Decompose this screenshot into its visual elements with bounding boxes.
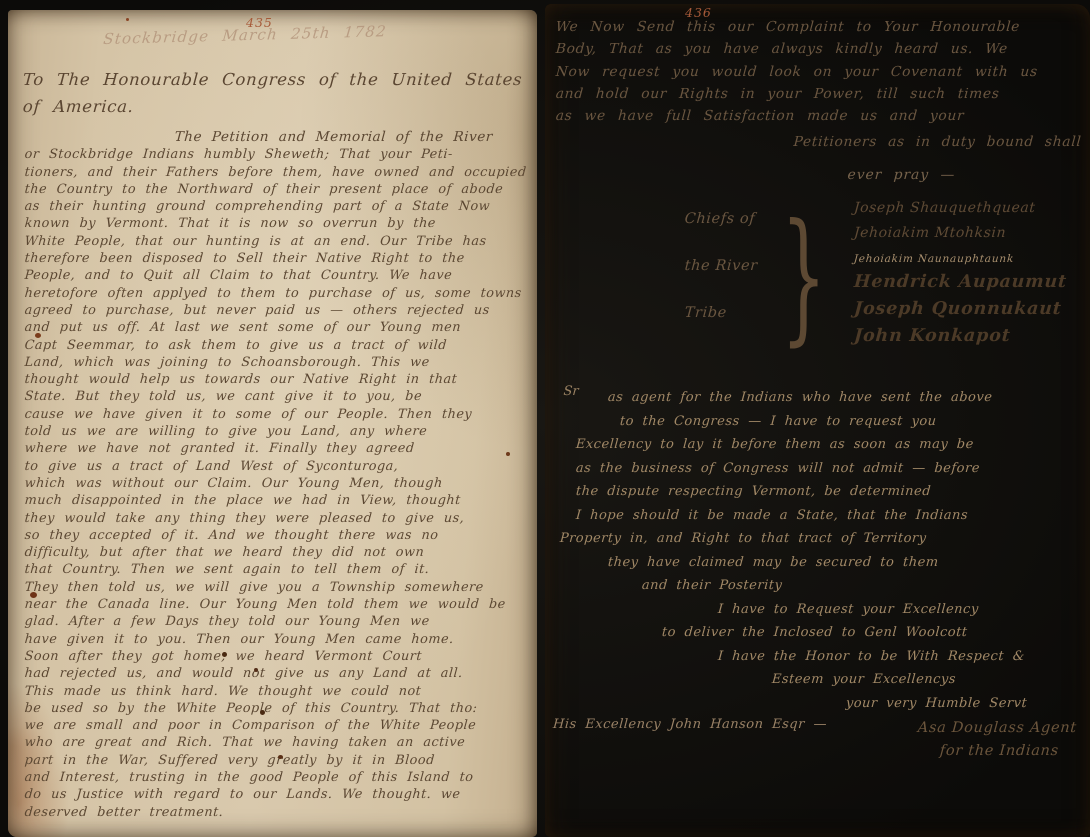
signature-name: Jehoiakim Mtohksin <box>853 221 1068 246</box>
postscript-footer: His Excellency John Hanson Esqr — Asa Do… <box>553 717 1076 763</box>
ink-spot <box>278 755 283 759</box>
signature-name: Jehoiakim Naunauphtaunk <box>853 250 1067 269</box>
address-line: of America. <box>22 93 539 120</box>
manuscript-line: Now request you would look on your Coven… <box>555 61 1090 83</box>
agent-signature-line: Asa Douglass Agent <box>917 717 1078 740</box>
postscript-line: Property in, and Right to that tract of … <box>559 527 1090 551</box>
ink-spot <box>30 592 37 598</box>
manuscript-line: have given it to you. Then our Young Men… <box>24 631 538 648</box>
manuscript-line: who are great and Rich. That we having t… <box>24 734 538 751</box>
petition-body: The Petition and Memorial of the River o… <box>24 129 537 821</box>
manuscript-line: difficulty, but after that we heard they… <box>24 544 538 561</box>
manuscript-line: as their hunting ground comprehending pa… <box>24 198 538 215</box>
manuscript-line: to give us a tract of Land West of Sycon… <box>24 458 538 475</box>
postscript-line: to the Congress — I have to request you <box>619 410 1090 434</box>
ink-spot <box>35 333 41 338</box>
manuscript-line: they would take any thing they were plea… <box>24 510 538 527</box>
postscript-line: and their Posterity <box>641 574 1090 598</box>
manuscript-line: cause we have given it to some of our Pe… <box>24 406 538 423</box>
manuscript-line: and Interest, trusting in the good Peopl… <box>24 769 538 786</box>
tribe-label-line: the River <box>683 243 759 290</box>
addressee-line: His Excellency John Hanson Esqr — <box>552 717 827 732</box>
signatures: Joseph ShauquethqueatJehoiakim MtohksinJ… <box>853 196 1066 352</box>
manuscript-line: or Stockbridge Indians humbly Sheweth; T… <box>24 146 538 163</box>
signature-name: John Konkapot <box>853 323 1068 350</box>
manuscript-line: Capt Seemmar, to ask them to give us a t… <box>24 337 538 354</box>
postscript-line: Esteem your Excellencys <box>771 668 1090 692</box>
tribe-label-line: Tribe <box>683 290 759 337</box>
postscript-line: as agent for the Indians who have sent t… <box>607 386 1090 410</box>
manuscript-page-right: 436 We Now Send this our Complaint to Yo… <box>545 4 1090 837</box>
signature-name: Joseph Quonnukaut <box>853 296 1068 323</box>
manuscript-line: We Now Send this our Complaint to Your H… <box>555 16 1090 38</box>
dateline: Stockbridge March 25th 1782 <box>102 18 538 48</box>
tribe-label: Chiefs ofthe RiverTribe <box>683 196 756 352</box>
ink-spot <box>254 668 258 672</box>
manuscript-line: that Country. Then we sent again to tell… <box>24 561 538 578</box>
postscript-lines: as agent for the Indians who have sent t… <box>545 386 1090 715</box>
postscript-salutation: Sr <box>563 384 579 399</box>
manuscript-line: where we have not granted it. Finally th… <box>24 440 538 457</box>
postscript-line: to deliver the Inclosed to Genl Woolcott <box>661 621 1090 645</box>
manuscript-line: glad. After a few Days they told our You… <box>24 613 538 630</box>
petitioners-line: Petitioners as in duty bound shall <box>793 134 1090 150</box>
signature-name: Hendrick Aupaumut <box>853 269 1068 296</box>
petition-body-lines: or Stockbridge Indians humbly Sheweth; T… <box>24 146 537 821</box>
address-line: To The Honourable Congress of the United… <box>22 66 539 93</box>
manuscript-line: which was without our Claim. Our Young M… <box>24 475 538 492</box>
manuscript-line: had rejected us, and would not give us a… <box>24 665 538 682</box>
petition-opening-line: The Petition and Memorial of the River <box>174 129 538 146</box>
manuscript-line: the Country to the Northward of their pr… <box>24 181 538 198</box>
ink-spot <box>126 18 129 21</box>
postscript-line: they have claimed may be secured to them <box>607 551 1090 575</box>
manuscript-line: do us Justice with regard to our Lands. … <box>24 786 538 803</box>
manuscript-scan: 435 Stockbridge March 25th 1782 To The H… <box>0 0 1090 837</box>
postscript-line: Excellency to lay it before them as soon… <box>575 433 1090 457</box>
manuscript-line: told us we are willing to give you Land,… <box>24 423 538 440</box>
manuscript-line: much disappointed in the place we had in… <box>24 492 538 509</box>
manuscript-line: so they accepted of it. And we thought t… <box>24 527 538 544</box>
manuscript-line: tioners, and their Fathers before them, … <box>24 164 538 181</box>
manuscript-line: therefore been disposed to Sell their Na… <box>24 250 538 267</box>
agent-signature: Asa Douglass Agentfor the Indians <box>917 717 1076 763</box>
ink-spot <box>506 452 510 456</box>
manuscript-line: Land, which was joining to Schoansboroug… <box>24 354 538 371</box>
manuscript-line: thought would help us towards our Native… <box>24 371 538 388</box>
manuscript-line: we are small and poor in Comparison of t… <box>24 717 538 734</box>
manuscript-line: Soon after they got home, we heard Vermo… <box>24 648 538 665</box>
manuscript-line: known by Vermont. That it is now so over… <box>24 215 538 232</box>
manuscript-line: near the Canada line. Our Young Men told… <box>24 596 538 613</box>
manuscript-line: deserved better treatment. <box>24 804 538 821</box>
signature-block: Chiefs ofthe RiverTribe } Joseph Shauque… <box>545 196 1090 352</box>
manuscript-page-left: 435 Stockbridge March 25th 1782 To The H… <box>8 10 537 837</box>
manuscript-line: agreed to purchase, but never paid us — … <box>24 302 538 319</box>
manuscript-line: They then told us, we will give you a To… <box>24 579 538 596</box>
postscript-line: I hope should it be made a State, that t… <box>575 504 1090 528</box>
manuscript-line: and hold our Rights in your Power, till … <box>555 83 1090 105</box>
postscript-line: I have to Request your Excellency <box>717 598 1090 622</box>
signature-name: Joseph Shauquethqueat <box>853 196 1068 221</box>
manuscript-line: This made us think hard. We thought we c… <box>24 683 538 700</box>
postscript-line: as the business of Congress will not adm… <box>575 457 1090 481</box>
manuscript-line: heretofore often applyed to them to purc… <box>24 285 538 302</box>
agent-signature-line: for the Indians <box>939 740 1078 763</box>
address-block: To The Honourable Congress of the United… <box>22 66 537 120</box>
postscript-line: the dispute respecting Vermont, be deter… <box>575 480 1090 504</box>
agent-postscript: Sr as agent for the Indians who have sen… <box>545 386 1090 763</box>
manuscript-line: White People, that our hunting is at an … <box>24 233 538 250</box>
ink-spot <box>222 652 227 657</box>
manuscript-line: be used so by the White People of this C… <box>24 700 538 717</box>
manuscript-line: State. But they told us, we cant give it… <box>24 388 538 405</box>
tribe-label-line: Chiefs of <box>683 196 759 243</box>
postscript-line: your very Humble Servt <box>845 692 1090 716</box>
ink-spot <box>260 710 265 715</box>
ever-pray-line: ever pray — <box>847 167 1090 183</box>
postscript-line: I have the Honor to be With Respect & <box>717 645 1090 669</box>
manuscript-line: and put us off. At last we sent some of … <box>24 319 538 336</box>
manuscript-line: Body, That as you have always kindly hea… <box>555 38 1090 60</box>
manuscript-line: People, and to Quit all Claim to that Co… <box>24 267 538 284</box>
